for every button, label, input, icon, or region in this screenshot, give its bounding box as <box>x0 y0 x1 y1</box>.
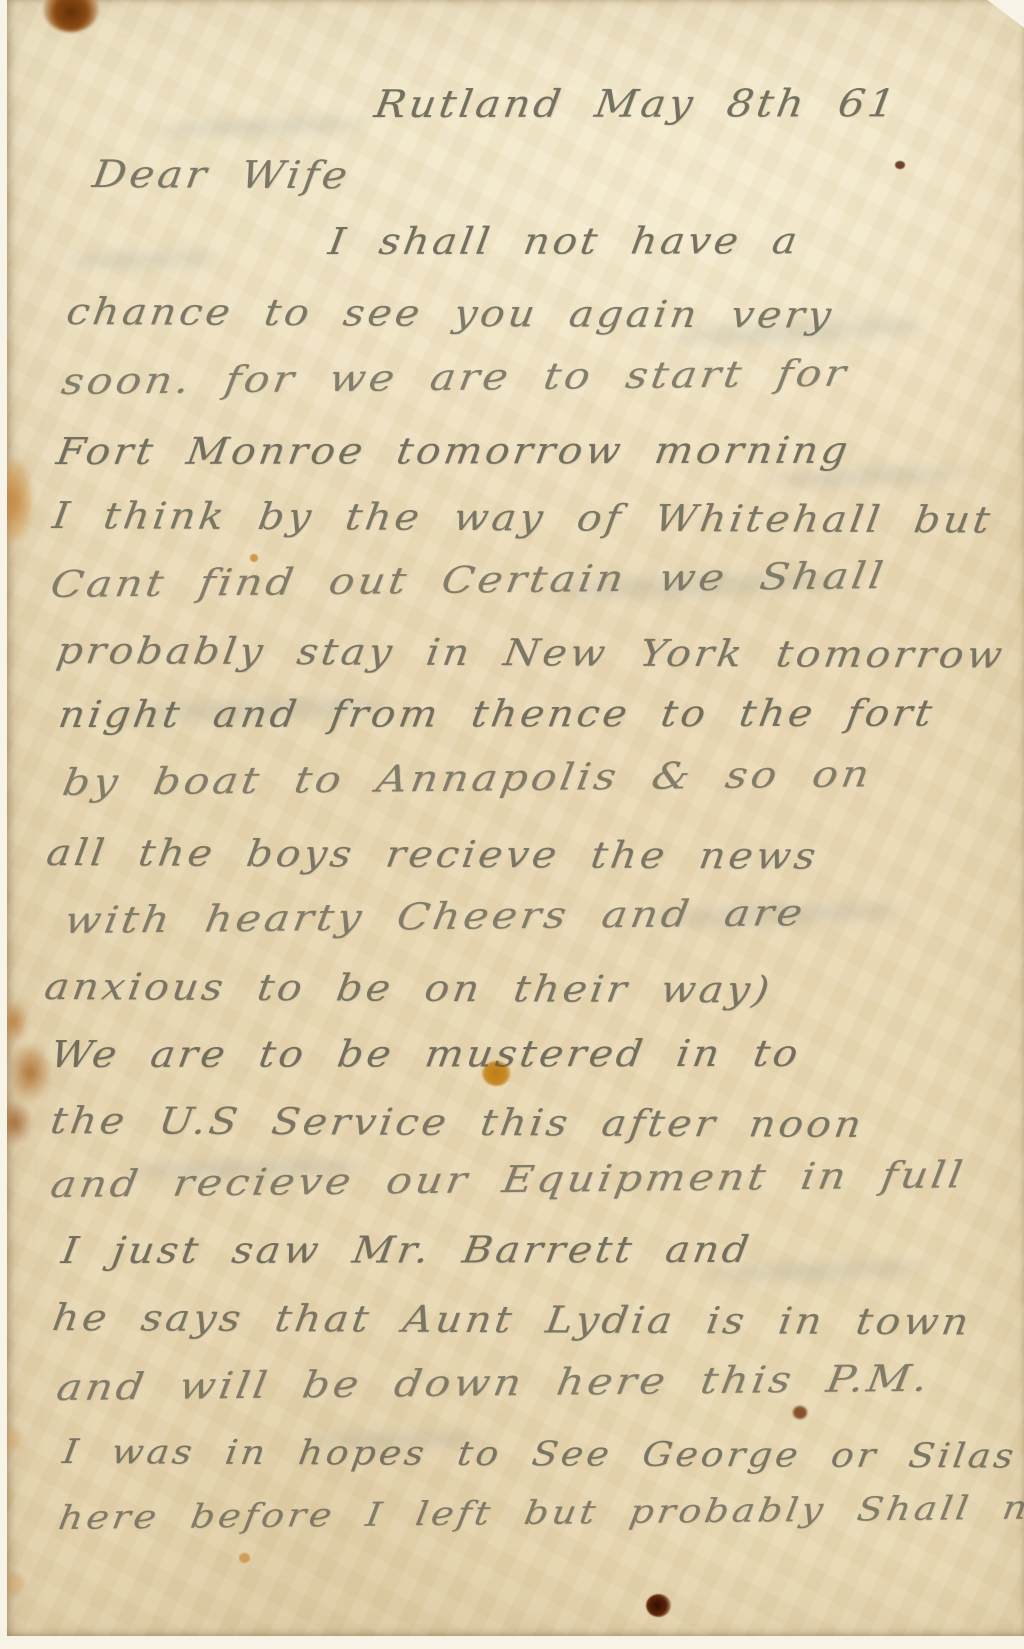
letter-line-6: Cant find out Certain we Shall <box>48 554 890 606</box>
stain-left-cluster <box>0 1000 29 1044</box>
letter-line-8: night and from thence to the fort <box>56 692 938 736</box>
scanned-letter-page: { "letter": { "dateline": "Rutland May 8… <box>0 0 1024 1649</box>
stain-left-cluster <box>7 1042 53 1104</box>
stain-speck <box>2 1572 24 1596</box>
letter-line-9: by boat to Annapolis & so on <box>60 752 876 804</box>
stain-speck <box>2 1428 22 1450</box>
letter-line-20: here before I left but probably Shall no… <box>56 1487 1024 1537</box>
salutation: Dear Wife <box>90 152 354 197</box>
letter-line-1: I shall not have a <box>326 219 804 263</box>
letter-line-11: with hearty Cheers and are <box>62 891 809 942</box>
letter-line-14: the U.S Service this after noon <box>48 1099 867 1146</box>
letter-line-10: all the boys recieve the news <box>44 831 822 878</box>
stain-speck <box>793 1406 807 1419</box>
letter-line-12: anxious to be on their way) <box>42 965 775 1011</box>
stain-top-left <box>43 0 99 32</box>
letter-paper: Rutland May 8th 61 Dear Wife I shall not… <box>7 0 1024 1636</box>
letter-line-2: chance to see you again very <box>64 290 837 337</box>
letter-line-7: probably stay in New York tomorrow <box>54 629 1008 677</box>
ink-bleed-ghost <box>67 251 217 270</box>
stain-left-edge <box>0 458 33 544</box>
letter-line-16: I just saw Mr. Barrett and <box>59 1228 755 1272</box>
stain-speck <box>895 161 905 169</box>
letter-line-17: he says that Aunt Lydia is in town <box>50 1296 975 1343</box>
ink-bleed-ghost <box>157 114 368 139</box>
letter-line-19: I was in hopes to See George or Silas <box>60 1432 1019 1477</box>
dateline: Rutland May 8th 61 <box>372 81 902 126</box>
stain-dark-spot <box>646 1594 671 1617</box>
letter-line-4: Fort Monroe tomorrow morning <box>54 429 854 473</box>
letter-line-15: and recieve our Equipment in full <box>48 1153 969 1206</box>
stain-left-cluster <box>0 1100 33 1146</box>
stain-speck <box>239 1553 250 1563</box>
letter-line-13: We are to be mustered in to <box>48 1032 804 1076</box>
letter-line-18: and will be down here this P.M. <box>54 1357 935 1409</box>
letter-line-3: soon. for we are to start for <box>59 352 853 403</box>
letter-line-5: I think by the way of Whitehall but <box>50 494 996 541</box>
